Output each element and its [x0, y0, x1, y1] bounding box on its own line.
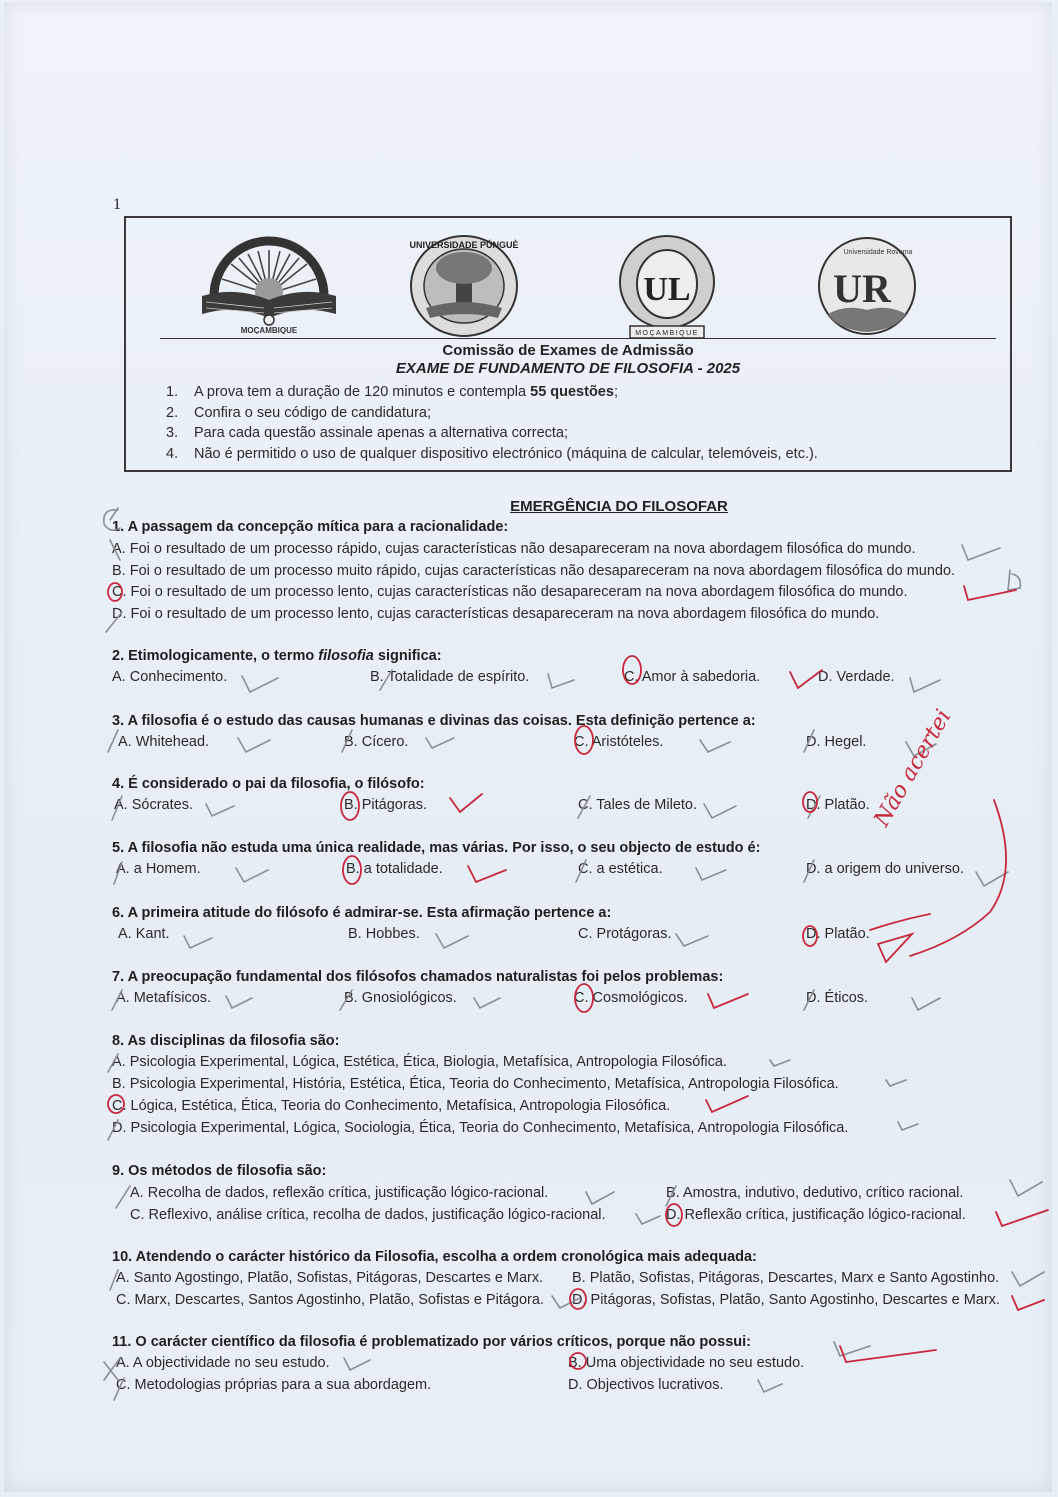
q3-option-b[interactable]: B. Cícero. — [344, 734, 408, 750]
q5-option-c[interactable]: C. a estética. — [578, 861, 663, 877]
svg-text:MOÇAMBIQUE: MOÇAMBIQUE — [241, 326, 298, 334]
q1-option-c[interactable]: C. Foi o resultado de um processo lento,… — [112, 584, 908, 600]
q6-option-a[interactable]: A. Kant. — [118, 926, 170, 942]
question-1-stem: 1. A passagem da concepção mítica para a… — [112, 519, 508, 535]
question-2-stem: 2. Etimologicamente, o termo filosofia s… — [112, 648, 442, 664]
question-3-stem: 3. A filosofia é o estudo das causas hum… — [112, 713, 756, 729]
q11-option-c[interactable]: C. Metodologias próprias para a sua abor… — [116, 1377, 431, 1393]
q7-option-b[interactable]: B. Gnosiológicos. — [344, 990, 457, 1006]
question-6-stem: 6. A primeira atitude do filósofo é admi… — [112, 905, 611, 921]
question-4-stem: 4. É considerado o pai da filosofia, o f… — [112, 776, 425, 792]
q5-option-b[interactable]: B. a totalidade. — [346, 861, 443, 877]
question-7-stem: 7. A preocupação fundamental dos filósof… — [112, 969, 723, 985]
q4-option-a[interactable]: A. Sócrates. — [114, 797, 193, 813]
q1-option-b[interactable]: B. Foi o resultado de um processo muito … — [112, 563, 955, 579]
q2-option-b[interactable]: B. Totalidade de espírito. — [370, 669, 529, 685]
unirovuma-logo: UR Universidade Rovuma — [816, 234, 918, 338]
rule-item: 4.Não é permitido o uso de qualquer disp… — [166, 444, 818, 465]
q4-option-d[interactable]: D. Platão. — [806, 797, 870, 813]
q8-option-a[interactable]: A. Psicologia Experimental, Lógica, Esté… — [112, 1054, 727, 1070]
svg-text:UL: UL — [643, 271, 690, 308]
q4-option-c[interactable]: C. Tales de Mileto. — [578, 797, 697, 813]
q1-option-d[interactable]: D. Foi o resultado de um processo lento,… — [112, 606, 879, 622]
q8-option-b[interactable]: B. Psicologia Experimental, História, Es… — [112, 1076, 839, 1092]
section-title: EMERGÊNCIA DO FILOSOFAR — [0, 498, 1058, 515]
q2-option-a[interactable]: A. Conhecimento. — [112, 669, 227, 685]
q5-option-d[interactable]: D. a origem do universo. — [806, 861, 964, 877]
q2-option-d[interactable]: D. Verdade. — [818, 669, 895, 685]
q10-option-a[interactable]: A. Santo Agostingo, Platão, Sofistas, Pi… — [116, 1270, 543, 1286]
exam-header: MOÇAMBIQUE UNIVERSIDADE PÚNGUÈ UL MOÇAMB… — [124, 216, 1012, 472]
exam-title: EXAME DE FUNDAMENTO DE FILOSOFIA - 2025 — [126, 360, 1010, 377]
header-divider — [160, 338, 996, 339]
q2-option-c[interactable]: C. Amor à sabedoria. — [624, 669, 760, 685]
svg-text:UR: UR — [833, 266, 892, 311]
svg-text:Universidade Rovuma: Universidade Rovuma — [844, 249, 913, 256]
q8-option-d[interactable]: D. Psicologia Experimental, Lógica, Soci… — [112, 1120, 848, 1136]
q5-option-a[interactable]: A. a Homem. — [116, 861, 201, 877]
unipungue-logo: UNIVERSIDADE PÚNGUÈ — [408, 234, 520, 338]
q7-option-a[interactable]: A. Metafísicos. — [116, 990, 211, 1006]
question-9-stem: 9. Os métodos de filosofia são: — [112, 1163, 326, 1179]
q7-option-c[interactable]: C. Cosmológicos. — [574, 990, 688, 1006]
q11-option-d[interactable]: D. Objectivos lucrativos. — [568, 1377, 724, 1393]
q3-option-a[interactable]: A. Whitehead. — [118, 734, 209, 750]
q11-option-a[interactable]: A. A objectividade no seu estudo. — [116, 1355, 330, 1371]
exam-rules: 1.A prova tem a duração de 120 minutos e… — [166, 382, 818, 464]
commission-title: Comissão de Exames de Admissão — [126, 342, 1010, 359]
q6-option-d[interactable]: D. Platão. — [806, 926, 870, 942]
q3-option-c[interactable]: C. Aristóteles. — [574, 734, 663, 750]
unilicungo-logo: UL MOÇAMBIQUE — [616, 234, 718, 342]
q4-option-b[interactable]: B. Pitágoras. — [344, 797, 427, 813]
q9-option-d[interactable]: D. Reflexão crítica, justificação lógico… — [666, 1207, 966, 1223]
q6-option-b[interactable]: B. Hobbes. — [348, 926, 420, 942]
page-number: 1 — [113, 196, 121, 214]
q6-option-c[interactable]: C. Protágoras. — [578, 926, 672, 942]
rule-item: 2.Confira o seu código de candidatura; — [166, 403, 818, 424]
rule-item: 3.Para cada questão assinale apenas a al… — [166, 423, 818, 444]
question-8-stem: 8. As disciplinas da filosofia são: — [112, 1033, 340, 1049]
q10-option-b[interactable]: B. Platão, Sofistas, Pitágoras, Descarte… — [572, 1270, 999, 1286]
q1-option-a[interactable]: A. Foi o resultado de um processo rápido… — [112, 541, 916, 557]
svg-text:MOÇAMBIQUE: MOÇAMBIQUE — [635, 330, 699, 337]
q10-option-d[interactable]: D. Pitágoras, Sofistas, Platão, Santo Ag… — [572, 1292, 1000, 1308]
q8-option-c[interactable]: C. Lógica, Estética, Ética, Teoria do Co… — [112, 1098, 670, 1114]
q7-option-d[interactable]: D. Éticos. — [806, 990, 868, 1006]
q10-option-c[interactable]: C. Marx, Descartes, Santos Agostinho, Pl… — [116, 1292, 544, 1308]
up-maputo-logo: MOÇAMBIQUE — [196, 234, 342, 334]
question-10-stem: 10. Atendendo o carácter histórico da Fi… — [112, 1249, 757, 1265]
rule-item: 1.A prova tem a duração de 120 minutos e… — [166, 382, 818, 403]
question-11-stem: 11. O carácter científico da filosofia é… — [112, 1334, 751, 1350]
svg-text:UNIVERSIDADE PÚNGUÈ: UNIVERSIDADE PÚNGUÈ — [409, 239, 518, 250]
university-logos: MOÇAMBIQUE UNIVERSIDADE PÚNGUÈ UL MOÇAMB… — [126, 226, 1010, 338]
q9-option-c[interactable]: C. Reflexivo, análise crítica, recolha d… — [130, 1207, 606, 1223]
q9-option-a[interactable]: A. Recolha de dados, reflexão crítica, j… — [130, 1185, 548, 1201]
question-5-stem: 5. A filosofia não estuda uma única real… — [112, 840, 760, 856]
q3-option-d[interactable]: D. Hegel. — [806, 734, 866, 750]
q9-option-b[interactable]: B. Amostra, indutivo, dedutivo, crítico … — [666, 1185, 963, 1201]
q11-option-b[interactable]: B. Uma objectividade no seu estudo. — [568, 1355, 804, 1371]
